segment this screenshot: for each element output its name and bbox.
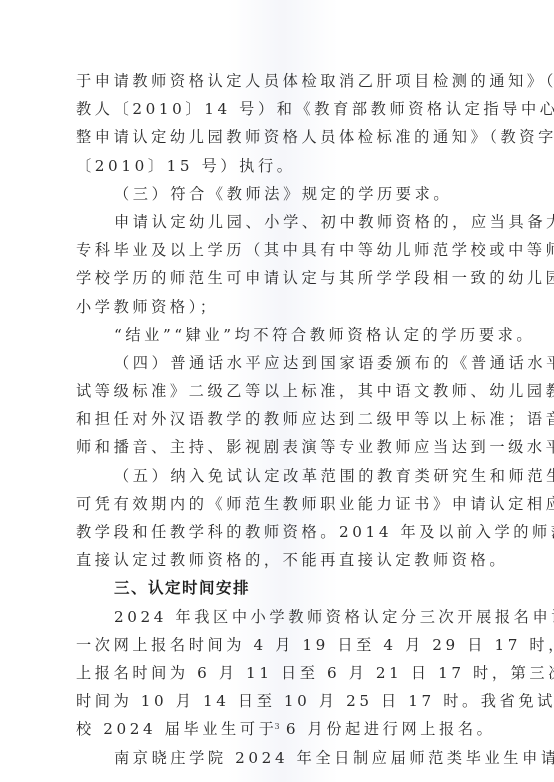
text-line: 直接认定过教师资格的，不能再直接认定教师资格。	[76, 546, 480, 574]
text-line: 和担任对外汉语教学的教师应达到二级甲等以上标准；语音教	[76, 405, 480, 433]
text-line: 整申请认定幼儿园教师资格人员体检标准的通知》（教资字	[76, 123, 480, 151]
text-line: 〔2010〕15 号）执行。	[76, 152, 480, 180]
subsection-3-title: （三）符合《教师法》规定的学历要求。	[76, 180, 480, 208]
section-heading: 三、认定时间安排	[76, 574, 480, 602]
text-line: 一次网上报名时间为 4 月 19 日至 4 月 29 日 17 时，第二次网	[76, 631, 480, 659]
text-line: 于申请教师资格认定人员体检取消乙肝项目检测的通知》（苏	[76, 67, 480, 95]
text-line: 专科毕业及以上学历（其中具有中等幼儿师范学校或中等师范	[76, 236, 480, 264]
text-line: 师和播音、主持、影视剧表演等专业教师应当达到一级水平。	[76, 433, 480, 461]
text-line: 教学段和任教学科的教师资格。2014 年及以前入学的师范生已	[76, 518, 480, 546]
text-line: “结业”“肄业”均不符合教师资格认定的学历要求。	[76, 321, 480, 349]
text-line: 申请认定幼儿园、小学、初中教师资格的，应当具备大学	[76, 208, 480, 236]
text-line: 南京晓庄学院 2024 年全日制应届师范类毕业生申请幼儿	[76, 744, 480, 772]
text-line: 时间为 10 月 14 日至 10 月 25 日 17 时。我省免试认定改革高	[76, 687, 480, 715]
text-line: 学校学历的师范生可申请认定与其所学学段相一致的幼儿园或	[76, 264, 480, 292]
text-line: 小学教师资格）；	[76, 293, 480, 321]
text-line: 试等级标准》二级乙等以上标准，其中语文教师、幼儿园教师	[76, 377, 480, 405]
subsection-4-title: （四）普通话水平应达到国家语委颁布的《普通话水平测	[76, 349, 480, 377]
text-line: 2024 年我区中小学教师资格认定分三次开展报名申请。第	[76, 603, 480, 631]
subsection-5-title: （五）纳入免试认定改革范围的教育类研究生和师范生，	[76, 462, 480, 490]
document-body: 于申请教师资格认定人员体检取消乙肝项目检测的通知》（苏 教人〔2010〕14 号…	[76, 67, 480, 772]
page-number: 3	[0, 722, 554, 731]
text-line: 教人〔2010〕14 号）和《教育部教师资格认定指导中心关于调	[76, 95, 480, 123]
text-line: 可凭有效期内的《师范生教师职业能力证书》申请认定相应任	[76, 490, 480, 518]
text-line: 上报名时间为 6 月 11 日至 6 月 21 日 17 时，第三次网上报名	[76, 659, 480, 687]
